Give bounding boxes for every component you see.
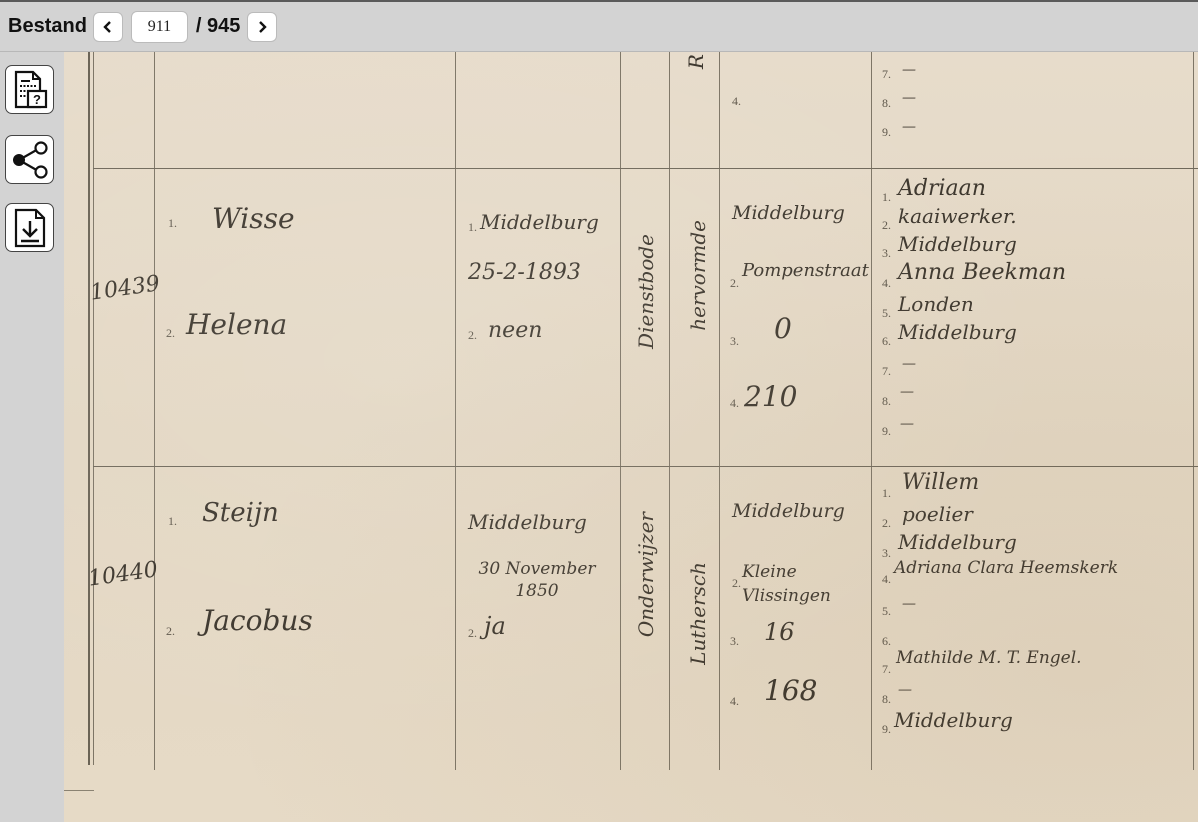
document-viewer[interactable]: 4. R 7. — 8. — 9. — 10439 1. Wisse 2. He… bbox=[64, 52, 1198, 822]
residence-place: Middelburg bbox=[732, 202, 845, 224]
share-button[interactable] bbox=[5, 135, 54, 184]
grid-line bbox=[154, 52, 155, 770]
field-number: 5. bbox=[882, 604, 891, 619]
field-number: 3. bbox=[882, 546, 891, 561]
previous-page-button[interactable] bbox=[93, 12, 123, 42]
residence-place: Middelburg bbox=[732, 500, 845, 522]
house-number: 0 bbox=[774, 312, 792, 345]
grid-line bbox=[871, 52, 872, 770]
grid-line bbox=[620, 52, 621, 770]
grid-line bbox=[669, 52, 670, 770]
chevron-right-icon bbox=[256, 20, 268, 34]
field-number: 8. bbox=[882, 394, 891, 409]
birth-date: 25-2-1893 bbox=[468, 260, 581, 285]
street: Pompenstraat bbox=[742, 260, 869, 281]
page-title: Bestand bbox=[8, 15, 87, 38]
document-info-button[interactable]: ? bbox=[5, 65, 54, 114]
page-total: / 945 bbox=[196, 15, 240, 38]
grid-line bbox=[455, 52, 456, 770]
sidebar: ? bbox=[0, 52, 64, 822]
house-number: 16 bbox=[764, 618, 795, 646]
field-number: 5. bbox=[882, 306, 891, 321]
grid-line bbox=[1193, 52, 1194, 770]
religion: Luthersch bbox=[686, 562, 710, 665]
field-number: 2. bbox=[882, 516, 891, 531]
mother-name: Adriana Clara Heemskerk bbox=[894, 558, 1118, 578]
chevron-left-icon bbox=[102, 20, 114, 34]
field-number: 2. bbox=[468, 328, 477, 343]
document-question-icon: ? bbox=[11, 70, 49, 110]
field-number: 9. bbox=[882, 722, 891, 737]
page-edge bbox=[64, 790, 94, 791]
father-name: Willem bbox=[902, 470, 979, 495]
field-number: 1. bbox=[882, 190, 891, 205]
handwritten-value: — bbox=[900, 384, 914, 400]
surname: Steijn bbox=[202, 498, 279, 528]
grid-line bbox=[88, 52, 90, 765]
field-number: 3. bbox=[882, 246, 891, 261]
row-divider bbox=[93, 168, 1198, 169]
field-number: 9. bbox=[882, 424, 891, 439]
field-number: 4. bbox=[882, 572, 891, 587]
field-number: 6. bbox=[882, 334, 891, 349]
field-number: 8. bbox=[882, 96, 891, 111]
handwritten-value: — bbox=[898, 682, 912, 698]
field-number: 4. bbox=[730, 396, 739, 411]
father-occupation: kaaiwerker. bbox=[898, 204, 1017, 228]
field-number: 7. bbox=[882, 662, 891, 677]
mother-occupation: Londen bbox=[898, 292, 974, 316]
handwritten-value: neen bbox=[488, 318, 542, 343]
field-number: 4. bbox=[732, 94, 741, 109]
toolbar: Bestand / 945 bbox=[0, 0, 1198, 52]
field-number: 2. bbox=[468, 626, 477, 641]
handwritten-value: ja bbox=[484, 612, 506, 640]
field-number: 8. bbox=[882, 692, 891, 707]
grid-line bbox=[719, 52, 720, 770]
field-number: 2. bbox=[732, 576, 741, 591]
field-number: 2. bbox=[730, 276, 739, 291]
birth-date: 30 November 1850 bbox=[456, 558, 618, 602]
father-residence: Middelburg bbox=[898, 232, 1017, 256]
field-number: 1. bbox=[882, 486, 891, 501]
next-page-button[interactable] bbox=[247, 12, 277, 42]
mother-residence: Middelburg bbox=[898, 320, 1017, 344]
field-number: 1. bbox=[468, 220, 477, 235]
handwritten-value: — bbox=[902, 62, 916, 78]
svg-text:?: ? bbox=[33, 92, 41, 107]
father-residence: Middelburg bbox=[898, 530, 1017, 554]
given-names: Jacobus bbox=[202, 604, 313, 637]
record-number: 10439 bbox=[89, 271, 162, 305]
given-names: Helena bbox=[186, 308, 287, 341]
grid-line bbox=[93, 52, 94, 765]
house-number: 210 bbox=[744, 380, 797, 413]
mother-name: Anna Beekman bbox=[898, 260, 1066, 285]
field-number: 3. bbox=[730, 334, 739, 349]
field-number: 1. bbox=[168, 514, 177, 529]
row-divider bbox=[93, 466, 1198, 467]
field-number: 3. bbox=[730, 634, 739, 649]
handwritten-value: Middelburg bbox=[894, 708, 1013, 732]
download-document-icon bbox=[12, 208, 48, 248]
house-number: 168 bbox=[764, 674, 817, 707]
field-number: 1. bbox=[168, 216, 177, 231]
handwritten-value: — bbox=[902, 90, 916, 106]
field-number: 2. bbox=[882, 218, 891, 233]
field-number: 7. bbox=[882, 67, 891, 82]
field-number: 6. bbox=[882, 634, 891, 649]
occupation: Onderwijzer bbox=[634, 512, 658, 637]
handwritten-value: — bbox=[902, 119, 916, 135]
record-number: 10440 bbox=[87, 557, 160, 591]
page-number-input[interactable] bbox=[131, 11, 188, 43]
father-occupation: poelier bbox=[902, 502, 973, 526]
birth-place: Middelburg bbox=[468, 510, 587, 534]
handwritten-fragment: R bbox=[684, 54, 708, 69]
handwritten-value: — bbox=[902, 596, 916, 612]
street: Kleine Vlissingen bbox=[742, 560, 870, 608]
father-name: Adriaan bbox=[898, 176, 986, 201]
field-number: 2. bbox=[166, 326, 175, 341]
religion: hervormde bbox=[686, 220, 710, 331]
field-number: 2. bbox=[166, 624, 175, 639]
occupation: Dienstbode bbox=[634, 234, 658, 349]
field-number: 9. bbox=[882, 125, 891, 140]
handwritten-value: — bbox=[900, 416, 914, 432]
field-number: 4. bbox=[882, 276, 891, 291]
field-number: 7. bbox=[882, 364, 891, 379]
download-button[interactable] bbox=[5, 203, 54, 252]
share-icon bbox=[10, 140, 50, 180]
handwritten-value: — bbox=[902, 356, 916, 372]
birth-place: Middelburg bbox=[480, 210, 599, 234]
surname: Wisse bbox=[212, 202, 295, 235]
witness-name: Mathilde M. T. Engel. bbox=[896, 648, 1082, 668]
field-number: 4. bbox=[730, 694, 739, 709]
